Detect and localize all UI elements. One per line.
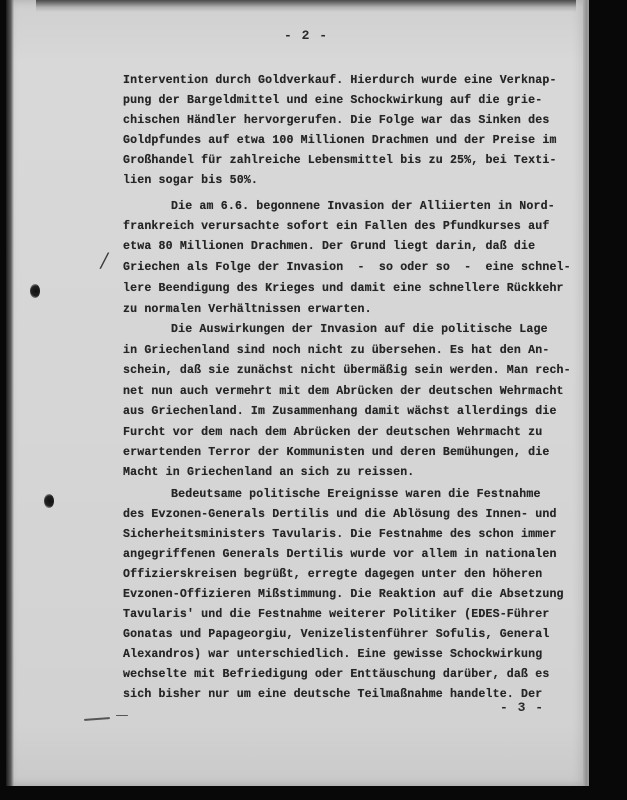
page-number-bottom: - 3 - [500,700,544,715]
document-page: - 2 - / Intervention durch Goldverkauf. … [6,0,589,786]
text-line: pung der Bargeldmittel und eine Schockwi… [123,94,542,107]
text-line: aus Griechenland. Im Zusammenhang damit … [123,405,557,418]
text-line: Gonatas und Papageorgiu, Venizelistenfüh… [123,628,549,641]
text-line: angegriffenen Generals Dertilis wurde vo… [123,548,557,561]
text-line: Griechen als Folge der Invasion - so ode… [123,261,571,274]
pen-scribble [84,717,110,721]
text-line: Die am 6.6. begonnene Invasion der Allii… [123,200,555,213]
page-right-edge [583,0,587,786]
text-line: wechselte mit Befriedigung oder Enttäusc… [123,668,549,681]
text-line: zu normalen Verhältnissen erwarten. [123,303,372,316]
text-line: Offizierskreisen begrüßt, erregte dagege… [123,568,542,581]
text-line: lien sogar bis 50%. [123,174,258,187]
punch-hole-lower [44,494,54,508]
page-number-top: - 2 - [284,28,328,43]
text-line: chischen Händler hervorgerufen. Die Folg… [123,114,549,127]
text-line: lere Beendigung des Krieges und damit ei… [123,282,564,295]
margin-annotation-mark: / [101,248,108,272]
text-line: Sicherheitsministers Tavularis. Die Fest… [123,528,557,541]
text-line: sich bisher nur um eine deutsche Teilmaß… [123,688,542,701]
punch-hole-upper [30,284,40,298]
text-line: erwartenden Terror der Kommunisten und d… [123,446,549,459]
pen-scribble [116,715,128,716]
text-line: schein, daß sie zunächst nicht übermäßig… [123,364,571,377]
text-line: etwa 80 Millionen Drachmen. Der Grund li… [123,240,535,253]
text-line: Die Auswirkungen der Invasion auf die po… [123,323,548,336]
text-line: Alexandros) war unterschiedlich. Eine ge… [123,648,542,661]
text-line: in Griechenland sind noch nicht zu übers… [123,344,549,357]
text-line: Macht in Griechenland an sich zu reissen… [123,466,414,479]
text-line: Bedeutsame politische Ereignisse waren d… [123,488,541,501]
text-line: Goldpfundes auf etwa 100 Millionen Drach… [123,134,557,147]
text-line: Intervention durch Goldverkauf. Hierdurc… [123,74,557,87]
page-top-shadow [36,0,576,12]
text-line: des Evzonen-Generals Dertilis und die Ab… [123,508,557,521]
text-line: Tavularis' und die Festnahme weiterer Po… [123,608,549,621]
text-line: Evzonen-Offizieren Mißstimmung. Die Reak… [123,588,564,601]
text-line: net nun auch vermehrt mit dem Abrücken d… [123,385,564,398]
text-line: frankreich verursachte sofort ein Fallen… [123,220,549,233]
text-line: Großhandel für zahlreiche Lebensmittel b… [123,154,557,167]
text-line: Furcht vor dem nach dem Abrücken der deu… [123,426,542,439]
page-edge-shadow [6,0,14,786]
